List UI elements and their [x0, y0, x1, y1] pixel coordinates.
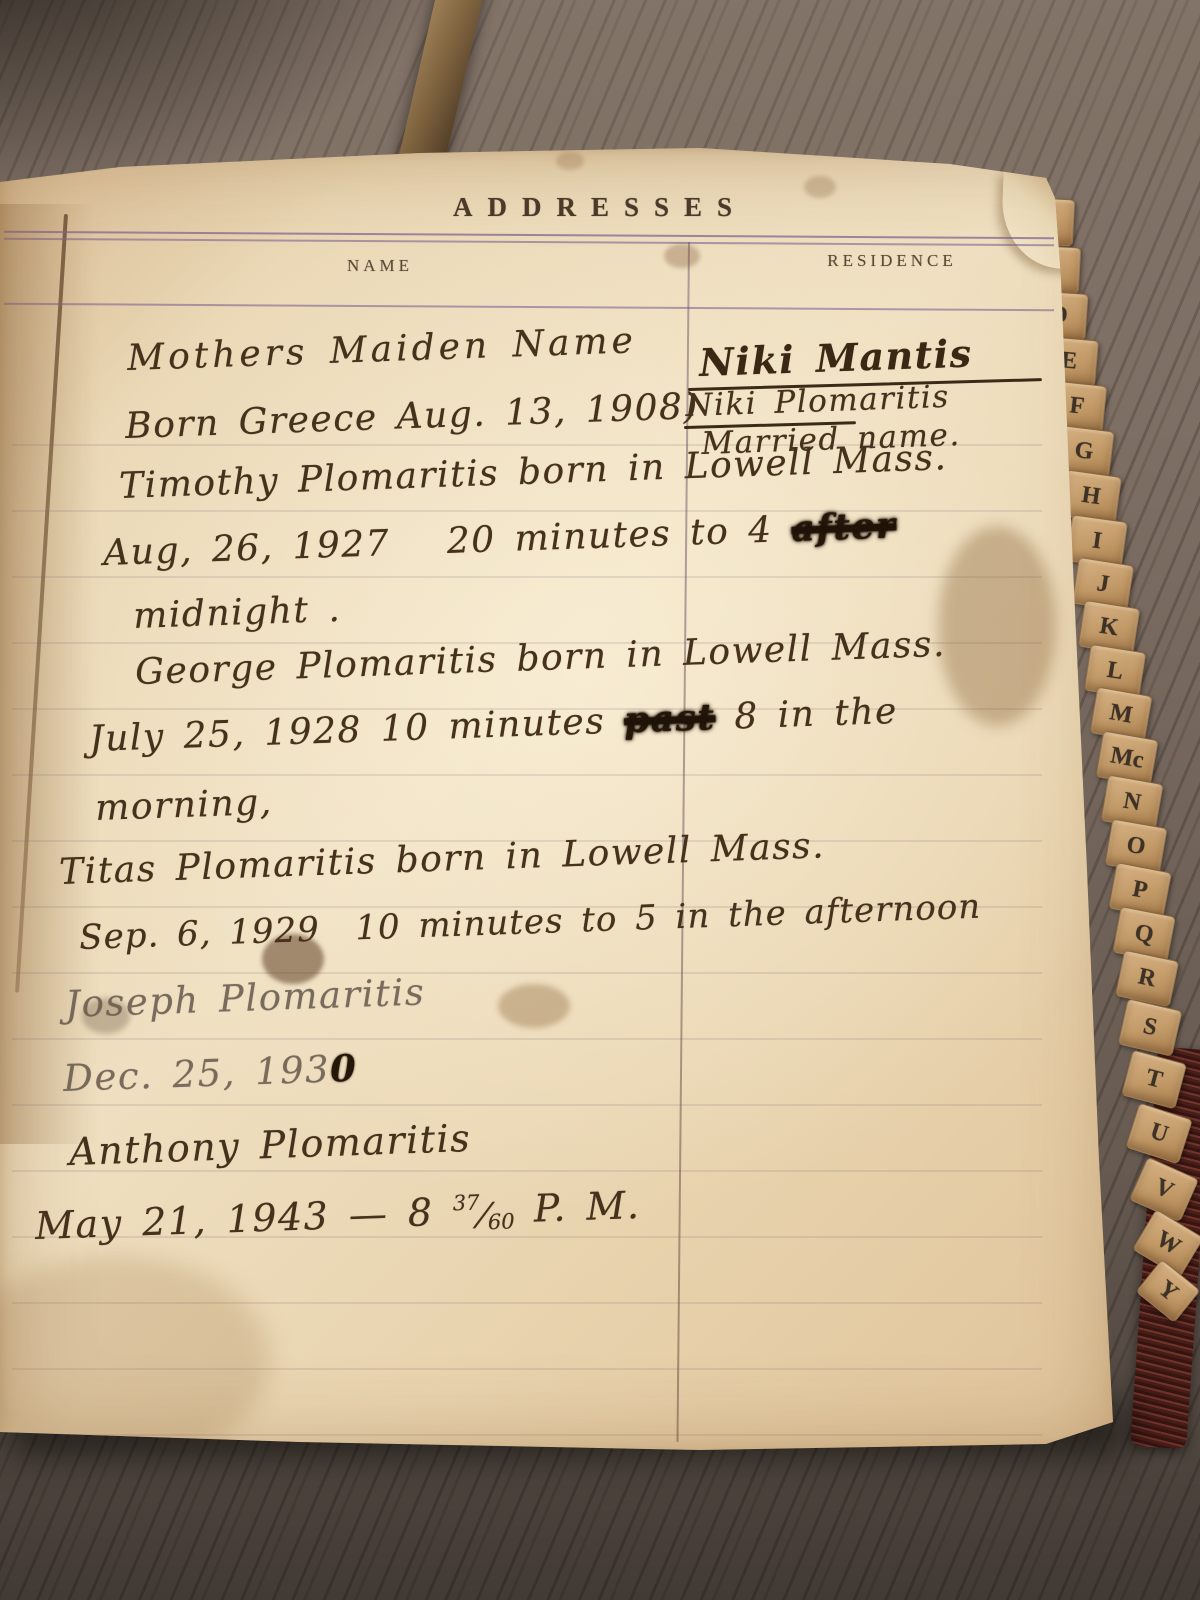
page-edge-vignette — [0, 148, 1120, 1454]
address-book-page: ADDRESSES NAME RESIDENCE Mothers Maiden … — [0, 148, 1120, 1454]
